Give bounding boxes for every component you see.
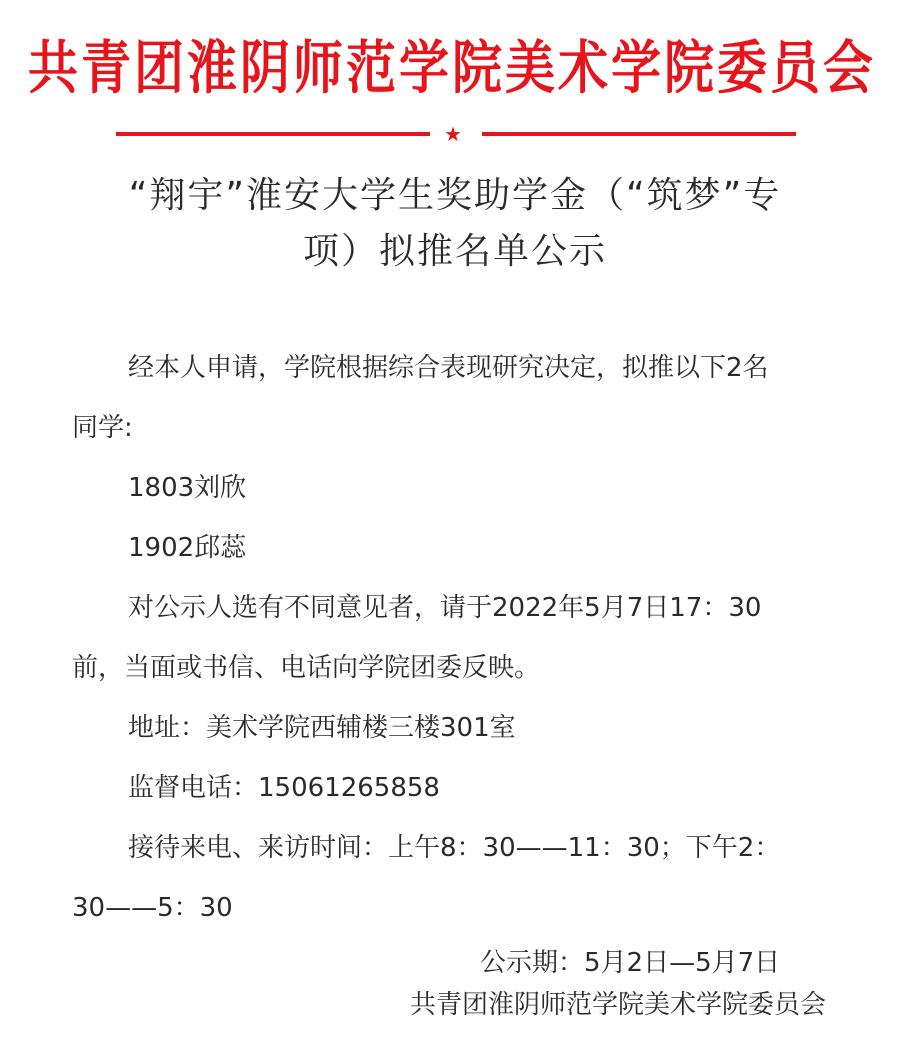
divider-line-right <box>482 132 796 136</box>
publicity-period: 公示期：5月2日—5月7日 <box>410 942 826 984</box>
divider-line-left <box>116 132 430 136</box>
notice-footer: 公示期：5月2日—5月7日 共青团淮阴师范学院美术学院委员会 <box>410 942 826 1026</box>
issuing-organization: 共青团淮阴师范学院美术学院委员会 <box>410 984 826 1026</box>
notice-title: “翔宇”淮安大学生奖助学金（“筑梦”专 项）拟推名单公示 <box>80 168 830 280</box>
notice-title-line-2: 项）拟推名单公示 <box>80 224 830 280</box>
hours-line-1: 接待来电、来访时间：上午8：30——11：30；下午2： <box>72 818 832 878</box>
notice-body: 经本人申请，学院根据综合表现研究决定，拟推以下2名 同学: 1803刘欣 190… <box>72 338 832 938</box>
nominee-item: 1902邱蕊 <box>72 518 832 578</box>
intro-paragraph-line-1: 经本人申请，学院根据综合表现研究决定，拟推以下2名 <box>72 338 832 398</box>
nominee-item: 1803刘欣 <box>72 458 832 518</box>
objection-paragraph-line-2: 前，当面或书信、电话向学院团委反映。 <box>72 638 832 698</box>
intro-paragraph-line-2: 同学: <box>72 398 832 458</box>
masthead-title: 共青团淮阴师范学院美术学院委员会 <box>0 22 904 114</box>
objection-paragraph-line-1: 对公示人选有不同意见者，请于2022年5月7日17：30 <box>72 578 832 638</box>
phone-line: 监督电话：15061265858 <box>72 758 832 818</box>
star-icon: ★ <box>444 124 462 144</box>
address-line: 地址：美术学院西辅楼三楼301室 <box>72 698 832 758</box>
hours-line-2: 30——5：30 <box>72 878 832 938</box>
notice-title-line-1: “翔宇”淮安大学生奖助学金（“筑梦”专 <box>80 168 830 224</box>
masthead-divider: ★ <box>0 126 904 146</box>
